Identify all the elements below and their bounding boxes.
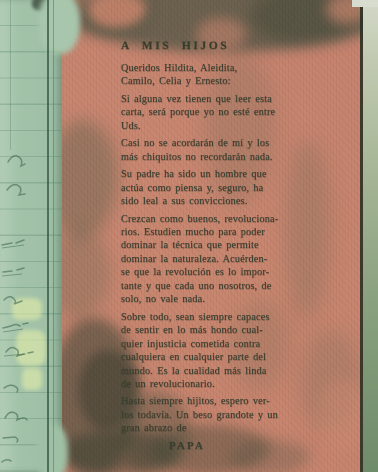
- letter-paragraph: Su padre ha sido un hombre que actúa com…: [121, 168, 327, 208]
- page-edge-strip: [363, 0, 378, 472]
- letter-paragraph: Casi no se acordarán de mí y los más chi…: [121, 137, 327, 164]
- letter-paragraph-salutation: Queridos Hildita, Aleidita, Camilo, Celi…: [121, 62, 327, 89]
- letter-title: A MIS HIJOS: [121, 40, 327, 52]
- letter-signature: PAPA: [169, 440, 327, 452]
- scanned-book-page: A MIS HIJOS Queridos Hildita, Aleidita, …: [0, 0, 378, 472]
- letter-text-column: A MIS HIJOS Queridos Hildita, Aleidita, …: [121, 40, 327, 452]
- handwritten-scribbles: [0, 0, 62, 472]
- letter-paragraph: Sobre todo, sean siempre capaces de sent…: [121, 311, 327, 392]
- letter-paragraph: Si alguna vez tienen que leer esta carta…: [121, 93, 327, 133]
- page-edge-line: [360, 6, 363, 472]
- letter-paragraph-closing: Hasta siempre hijitos, espero ver- los t…: [121, 395, 327, 435]
- page-edge-top: [352, 0, 378, 7]
- letter-paragraph: Crezcan como buenos, revoluciona- rios. …: [121, 213, 327, 307]
